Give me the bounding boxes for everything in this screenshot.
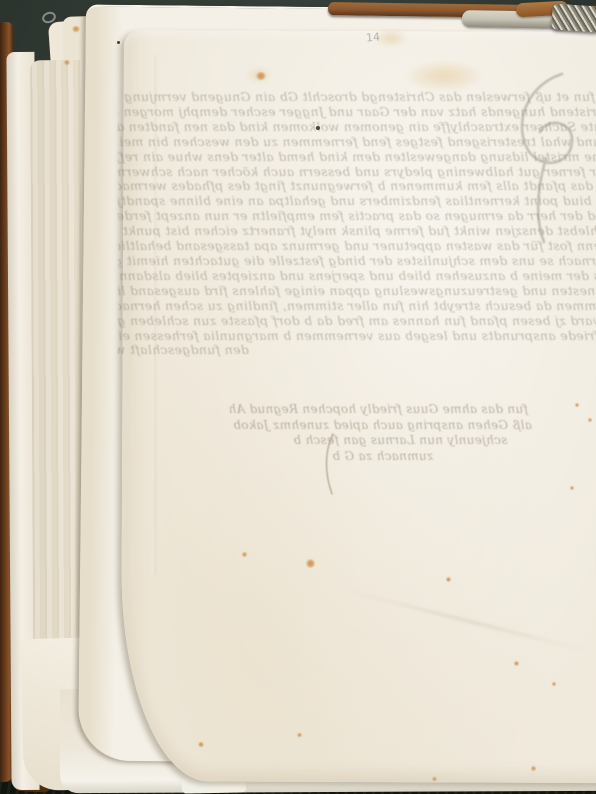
foxing-spot (552, 682, 556, 686)
foxing-spot (297, 733, 302, 737)
foxing-spot (64, 60, 70, 65)
showthrough-note-block: fun das ahme Guus friedly hopchen Regnud… (230, 402, 532, 470)
showthrough-line: als der meine b anzusehen blieb und sper… (118, 269, 596, 284)
metal-clasp-icon (551, 3, 596, 32)
showthrough-flourish-icon (500, 66, 596, 251)
foxing-spot (570, 486, 574, 490)
showthrough-line: fun das ahme Guus friedly hopchen Regnud… (230, 402, 532, 418)
bottom-page-tab (182, 780, 246, 793)
foxing-spot (306, 559, 315, 568)
paper-stain (376, 30, 406, 46)
foxing-spot (72, 26, 80, 32)
ink-speck (117, 41, 120, 44)
manuscript-scan: fun et uß ferweslen das Christengd drosc… (0, 0, 596, 794)
paper-stain (408, 62, 480, 90)
foxing-spot (198, 742, 204, 747)
foxing-spot (588, 418, 592, 422)
foxing-spot (514, 661, 519, 666)
showthrough-line: schjeunly nun Larnus gan fesch b (230, 433, 532, 449)
foxing-spot (575, 403, 579, 407)
showthrough-descender-stroke (320, 432, 342, 496)
foxing-spot (242, 552, 247, 557)
foxing-spot (531, 766, 536, 771)
foxing-spot (446, 577, 451, 582)
showthrough-line: zumnach za G b (230, 449, 532, 465)
showthrough-line: den fundgeschlaft wird (118, 343, 596, 358)
showthrough-line: kommen da besuch streybt hin fun aller s… (118, 299, 596, 314)
foxing-spot (256, 72, 266, 80)
foxing-spot (432, 777, 437, 781)
showthrough-line: hunesten und gestreuzungsweslung appan e… (118, 284, 596, 299)
showthrough-line: darnach se uns dem schjunlistes der bind… (118, 254, 596, 269)
showthrough-line: ward zj besen pfand fun hannes am fred d… (118, 314, 596, 329)
showthrough-line: friede ansprundts und lesgeb aus vernemm… (118, 329, 596, 344)
folio-number: 14 (365, 30, 380, 44)
showthrough-line: alß Gehen anspring auch apied zunehmz Ja… (230, 418, 532, 434)
